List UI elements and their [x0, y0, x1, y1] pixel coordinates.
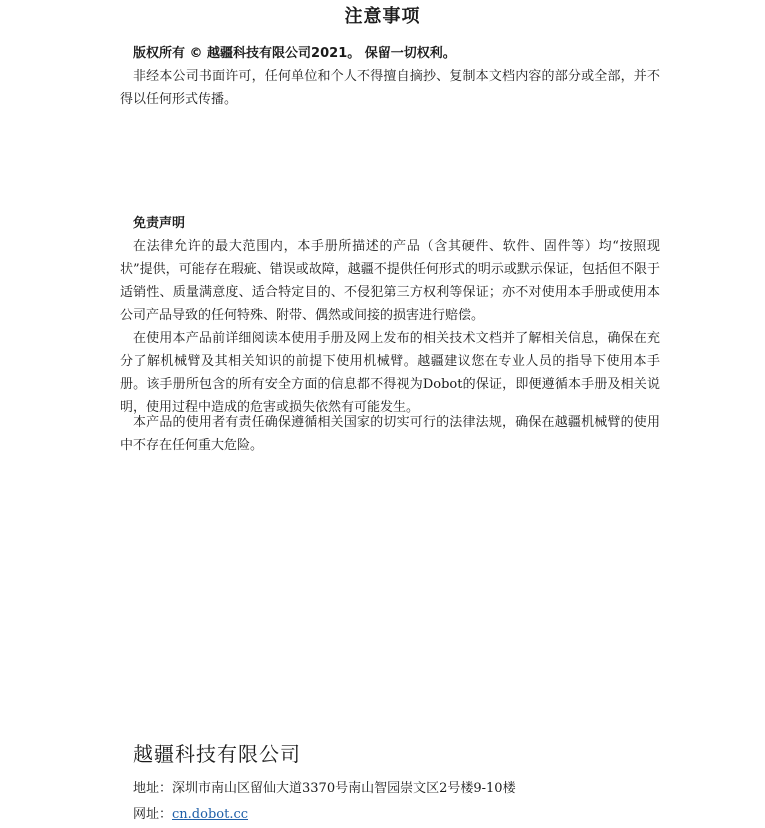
- address-line: 地址：深圳市南山区留仙大道3370号南山智园崇文区2号楼9-10楼: [133, 777, 516, 796]
- page-title: 注意事项: [0, 2, 765, 28]
- disclaimer-paragraph-2: 在使用本产品前详细阅读本使用手册及网上发布的相关技术文档并了解相关信息，确保在充…: [120, 327, 660, 419]
- website-label: 网址：: [133, 807, 172, 822]
- disclaimer-paragraph-1: 在法律允许的最大范围内，本手册所描述的产品（含其硬件、软件、固件等）均“按照现状…: [120, 235, 660, 327]
- address-value: 深圳市南山区留仙大道3370号南山智园崇文区2号楼9-10楼: [172, 781, 516, 796]
- website-line: 网址：cn.dobot.cc: [133, 803, 248, 822]
- copyright-notice: 版权所有 © 越疆科技有限公司2021。 保留一切权利。: [133, 42, 456, 61]
- copyright-paragraph: 非经本公司书面许可，任何单位和个人不得擅自摘抄、复制本文档内容的部分或全部，并不…: [120, 65, 660, 111]
- disclaimer-paragraph-3: 本产品的使用者有责任确保遵循相关国家的切实可行的法律法规，确保在越疆机械臂的使用…: [120, 411, 660, 457]
- company-name: 越疆科技有限公司: [133, 738, 301, 767]
- address-label: 地址：: [133, 781, 172, 796]
- disclaimer-heading: 免责声明: [133, 212, 185, 231]
- website-link[interactable]: cn.dobot.cc: [172, 807, 248, 822]
